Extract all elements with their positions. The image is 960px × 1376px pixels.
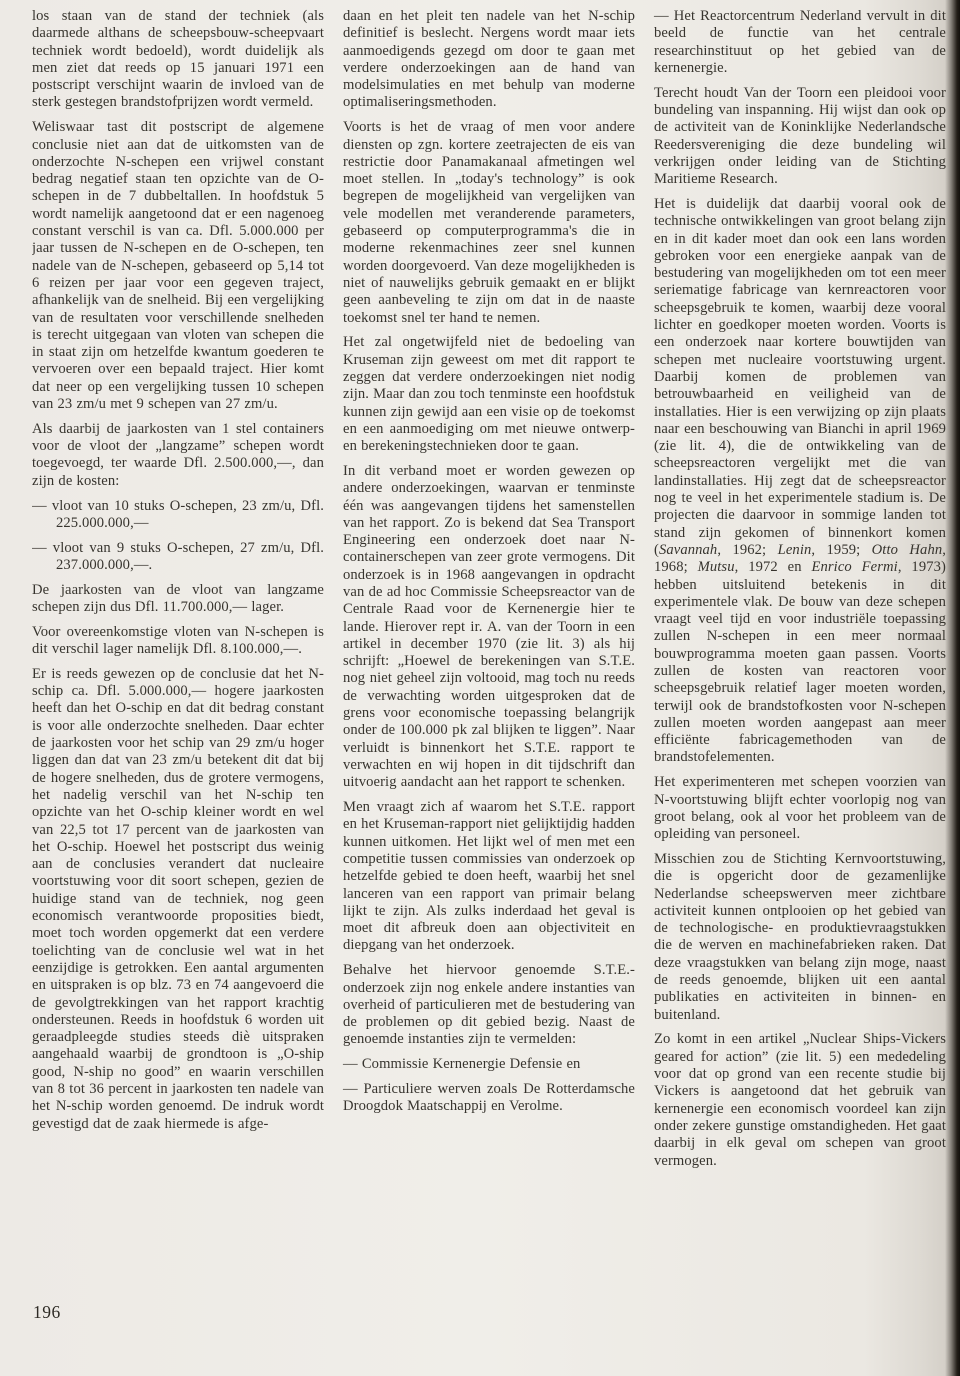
list-item: — vloot van 9 stuks O-schepen, 27 zm/u, … bbox=[32, 540, 324, 575]
page-number: 196 bbox=[33, 1302, 61, 1323]
paragraph: Zo komt in een artikel „Nuclear Ships-Vi… bbox=[654, 1031, 946, 1169]
text-columns: los staan van de stand der techniek (als… bbox=[32, 8, 946, 1304]
column-middle: daan en het pleit ten nadele van het N-s… bbox=[343, 8, 635, 1304]
paragraph: Er is reeds gewezen op de conclusie dat … bbox=[32, 666, 324, 1133]
scan-gutter-shadow bbox=[945, 0, 960, 1376]
paragraph: Voorts is het de vraag of men voor ander… bbox=[343, 119, 635, 327]
list-item: — vloot van 10 stuks O-schepen, 23 zm/u,… bbox=[32, 498, 324, 533]
column-right: — Het Reactorcentrum Nederland vervult i… bbox=[654, 8, 946, 1304]
paragraph: Voor overeenkomstige vloten van N-schepe… bbox=[32, 624, 324, 659]
paragraph: Behalve het hiervoor genoemde S.T.E.-ond… bbox=[343, 962, 635, 1048]
paragraph: Men vraagt zich af waarom het S.T.E. rap… bbox=[343, 799, 635, 955]
paragraph: — Commissie Kernenergie Defensie en bbox=[343, 1056, 635, 1073]
paragraph: daan en het pleit ten nadele van het N-s… bbox=[343, 8, 635, 112]
paragraph: — Particuliere werven zoals De Rotterdam… bbox=[343, 1081, 635, 1116]
paragraph: Het experimenteren met schepen voorzien … bbox=[654, 774, 946, 843]
journal-page: los staan van de stand der techniek (als… bbox=[0, 0, 960, 1376]
paragraph: In dit verband moet er worden gewezen op… bbox=[343, 463, 635, 792]
paragraph: Het is duidelijk dat daarbij vooral ook … bbox=[654, 196, 946, 767]
paragraph: los staan van de stand der techniek (als… bbox=[32, 8, 324, 112]
column-left: los staan van de stand der techniek (als… bbox=[32, 8, 324, 1304]
paragraph: De jaarkosten van de vloot van langzame … bbox=[32, 582, 324, 617]
paragraph: Als daarbij de jaarkosten van 1 stel con… bbox=[32, 421, 324, 490]
paragraph: Misschien zou de Stichting Kernvoortstuw… bbox=[654, 851, 946, 1024]
paragraph: Weliswaar tast dit postscript de algemen… bbox=[32, 119, 324, 413]
paragraph: — Het Reactorcentrum Nederland vervult i… bbox=[654, 8, 946, 77]
paragraph: Het zal ongetwijfeld niet de bedoeling v… bbox=[343, 334, 635, 455]
paragraph: Terecht houdt Van der Toorn een pleidooi… bbox=[654, 85, 946, 189]
